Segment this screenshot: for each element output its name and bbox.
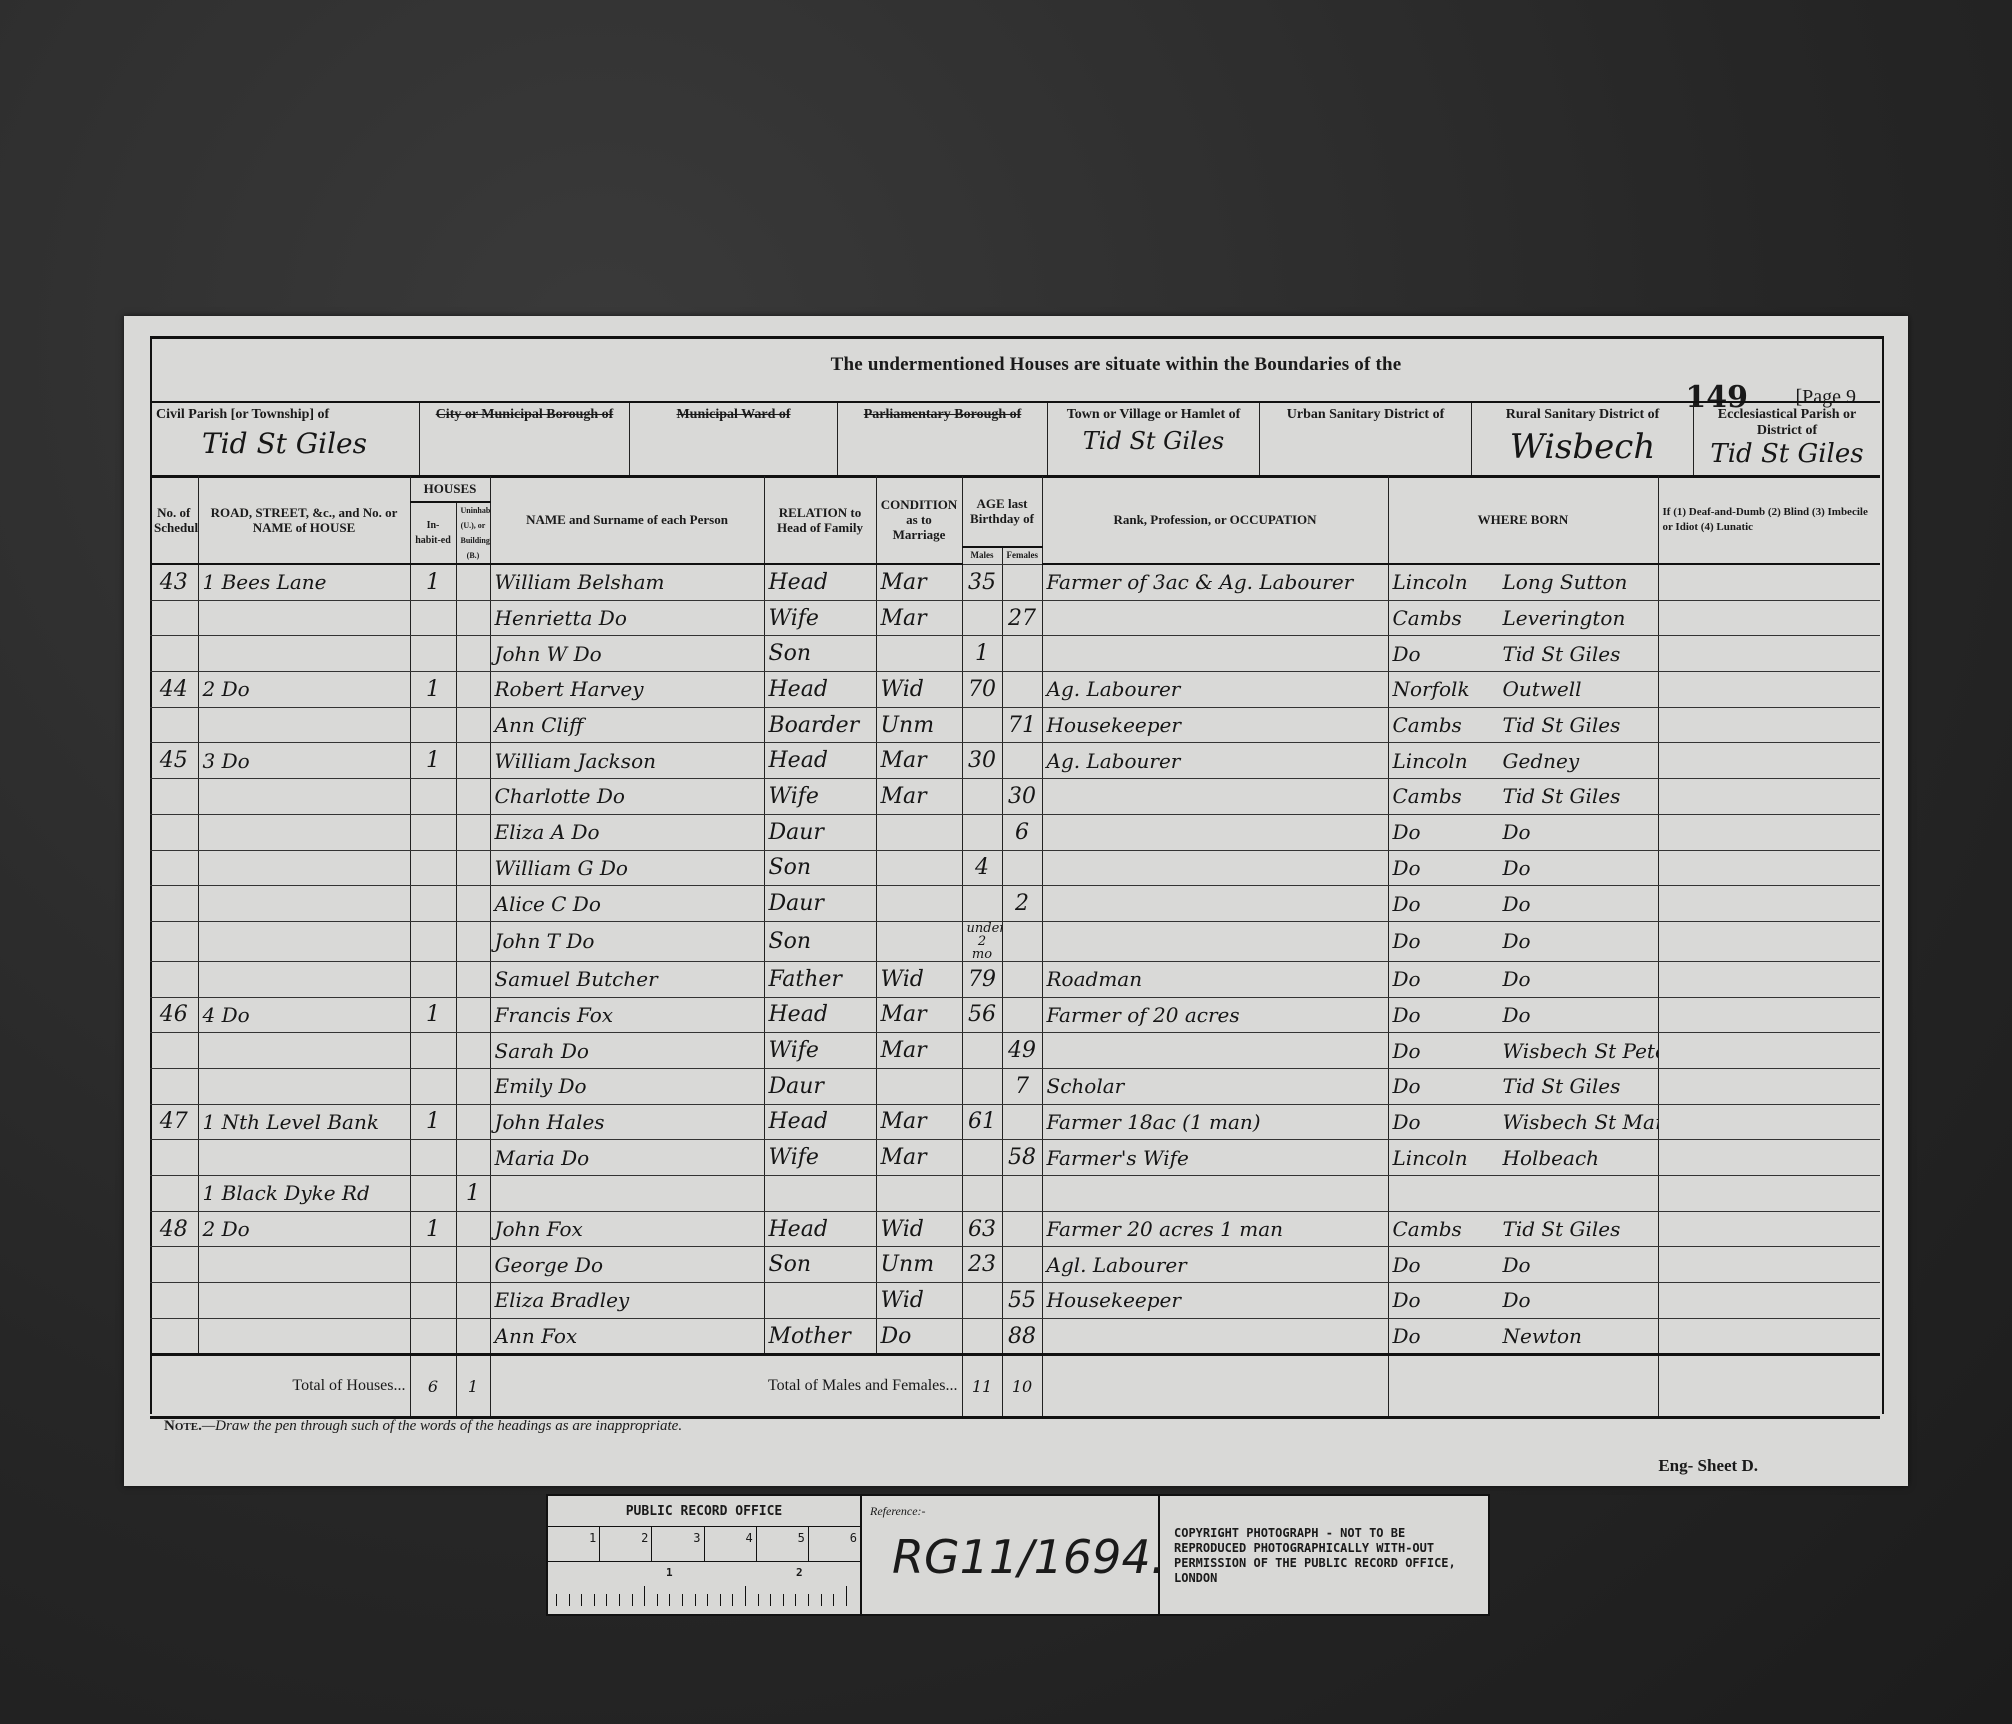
table-row: Samuel ButcherFatherWid79RoadmanDoDo	[150, 961, 1880, 997]
footnote-prefix: Note.	[164, 1418, 202, 1434]
born-county: Do	[1393, 1074, 1503, 1098]
schedule-cell	[150, 814, 198, 850]
table-row: George DoSonUnm23Agl. LabourerDoDo	[150, 1247, 1880, 1283]
where-born-cell: LincolnHolbeach	[1388, 1140, 1658, 1176]
occupation-cell	[1042, 886, 1388, 922]
col-road: ROAD, STREET, &c., and No. or NAME of HO…	[198, 476, 410, 564]
ruler-tick	[707, 1594, 708, 1606]
occupation-cell: Farmer 18ac (1 man)	[1042, 1104, 1388, 1140]
relation-cell: Wife	[764, 1140, 876, 1176]
infirmity-cell	[1658, 1140, 1880, 1176]
male-age-cell: 56	[962, 997, 1002, 1033]
municipal-borough-label: City or Municipal Borough of	[426, 407, 623, 423]
where-born-cell: LincolnGedney	[1388, 743, 1658, 779]
ruler-tick	[644, 1586, 645, 1606]
parliamentary-borough-label: Parliamentary Borough of	[844, 407, 1041, 423]
condition-cell	[876, 1176, 962, 1212]
occupation-cell	[1042, 1318, 1388, 1355]
road-cell	[198, 1283, 410, 1319]
where-born-cell: DoDo	[1388, 1283, 1658, 1319]
infirmity-cell	[1658, 961, 1880, 997]
uninhabited-cell	[456, 743, 490, 779]
occupation-cell: Ag. Labourer	[1042, 672, 1388, 708]
male-age-cell	[962, 1318, 1002, 1355]
name-cell: John Hales	[490, 1104, 764, 1140]
inhabited-cell	[410, 1283, 456, 1319]
condition-cell	[876, 850, 962, 886]
born-place: Holbeach	[1503, 1146, 1600, 1170]
female-age-cell	[1002, 1176, 1042, 1212]
ruler-mark: 1	[666, 1566, 673, 1579]
born-place: Do	[1503, 1003, 1531, 1027]
condition-cell: Do	[876, 1318, 962, 1355]
occupation-cell: Farmer of 3ac & Ag. Labourer	[1042, 564, 1388, 600]
inhabited-cell	[410, 1033, 456, 1069]
schedule-cell	[150, 1318, 198, 1355]
road-cell	[198, 1247, 410, 1283]
where-born-cell: DoNewton	[1388, 1318, 1658, 1355]
inhabited-cell	[410, 921, 456, 961]
male-age-cell	[962, 1068, 1002, 1104]
infirmity-cell	[1658, 850, 1880, 886]
condition-cell: Unm	[876, 1247, 962, 1283]
condition-cell: Mar	[876, 1033, 962, 1069]
male-age-cell	[962, 886, 1002, 922]
born-county: Do	[1393, 967, 1503, 991]
relation-cell: Head	[764, 672, 876, 708]
born-county: Do	[1393, 856, 1503, 880]
male-age-cell	[962, 779, 1002, 815]
ruler-tick	[808, 1594, 809, 1606]
occupation-cell	[1042, 636, 1388, 672]
female-age-cell: 7	[1002, 1068, 1042, 1104]
male-age-cell: 30	[962, 743, 1002, 779]
where-born-cell	[1388, 1176, 1658, 1212]
condition-cell: Mar	[876, 779, 962, 815]
inhabited-cell	[410, 1318, 456, 1355]
male-age-cell: 35	[962, 564, 1002, 600]
col-relation: RELATION to Head of Family	[764, 476, 876, 564]
ruler-tick	[758, 1594, 759, 1606]
infirmity-cell	[1658, 1033, 1880, 1069]
ruler-tick	[783, 1594, 784, 1606]
name-cell: Alice C Do	[490, 886, 764, 922]
inhabited-cell	[410, 886, 456, 922]
schedule-cell	[150, 886, 198, 922]
relation-cell: Son	[764, 850, 876, 886]
infirmity-cell	[1658, 672, 1880, 708]
footnote: Note.—Draw the pen through such of the w…	[164, 1418, 682, 1435]
rural-sanitary-box: Rural Sanitary District of Wisbech	[1472, 403, 1694, 475]
table-row: Charlotte DoWifeMar30CambsTid St Giles	[150, 779, 1880, 815]
uninhabited-cell	[456, 1068, 490, 1104]
col-females: Females	[1002, 547, 1042, 564]
scale-num: 2	[600, 1527, 652, 1561]
relation-cell: Daur	[764, 886, 876, 922]
born-county: Cambs	[1393, 606, 1503, 630]
name-cell: Francis Fox	[490, 997, 764, 1033]
condition-cell	[876, 636, 962, 672]
name-cell: William Jackson	[490, 743, 764, 779]
road-cell: 2 Do	[198, 672, 410, 708]
ruler-tick	[619, 1594, 620, 1606]
ruler: 1 2	[548, 1562, 860, 1612]
occupation-cell: Roadman	[1042, 961, 1388, 997]
ruler-tick	[745, 1586, 746, 1606]
male-age-cell	[962, 707, 1002, 743]
born-county: Do	[1393, 1253, 1503, 1277]
infirmity-cell	[1658, 707, 1880, 743]
where-born-cell: DoDo	[1388, 814, 1658, 850]
female-age-cell: 88	[1002, 1318, 1042, 1355]
reference-label: Reference:-	[870, 1504, 926, 1519]
inhabited-cell	[410, 600, 456, 636]
where-born-cell: LincolnLong Sutton	[1388, 564, 1658, 600]
born-place: Newton	[1503, 1324, 1582, 1348]
occupation-cell: Farmer 20 acres 1 man	[1042, 1211, 1388, 1247]
table-row: Ann FoxMotherDo88DoNewton	[150, 1318, 1880, 1355]
municipal-ward-box: Municipal Ward of	[630, 403, 838, 475]
civil-parish-value: Tid St Giles	[156, 427, 413, 460]
occupation-cell: Farmer of 20 acres	[1042, 997, 1388, 1033]
ruler-tick	[795, 1594, 796, 1606]
uninhabited-cell	[456, 600, 490, 636]
condition-cell: Unm	[876, 707, 962, 743]
relation-cell: Father	[764, 961, 876, 997]
parliamentary-borough-box: Parliamentary Borough of	[838, 403, 1048, 475]
name-cell: William G Do	[490, 850, 764, 886]
ruler-tick	[632, 1594, 633, 1606]
uninhabited-cell	[456, 1211, 490, 1247]
relation-cell: Head	[764, 564, 876, 600]
inhabited-cell	[410, 961, 456, 997]
ruler-tick	[770, 1594, 771, 1606]
female-age-cell	[1002, 997, 1042, 1033]
table-row: 482 Do1John FoxHeadWid63Farmer 20 acres …	[150, 1211, 1880, 1247]
table-row: 442 Do1Robert HarveyHeadWid70Ag. Laboure…	[150, 672, 1880, 708]
condition-cell: Mar	[876, 743, 962, 779]
uninhabited-cell	[456, 1033, 490, 1069]
where-born-cell: DoDo	[1388, 921, 1658, 961]
condition-cell: Mar	[876, 1104, 962, 1140]
schedule-cell: 44	[150, 672, 198, 708]
occupation-cell	[1042, 1176, 1388, 1212]
uninhabited-cell	[456, 814, 490, 850]
total-males: 11	[962, 1355, 1002, 1418]
schedule-cell	[150, 1283, 198, 1319]
infirmity-cell	[1658, 600, 1880, 636]
scale-num: 1	[548, 1527, 600, 1561]
table-row: Alice C DoDaur2DoDo	[150, 886, 1880, 922]
relation-cell: Head	[764, 997, 876, 1033]
ruler-tick	[720, 1594, 721, 1606]
condition-cell	[876, 921, 962, 961]
where-born-cell: DoDo	[1388, 886, 1658, 922]
col-males: Males	[962, 547, 1002, 564]
male-age-cell	[962, 814, 1002, 850]
village-label: Town or Village or Hamlet of	[1054, 407, 1253, 423]
census-table: No. of Schedule ROAD, STREET, &c., and N…	[150, 476, 1880, 1419]
male-age-cell: 70	[962, 672, 1002, 708]
female-age-cell: 2	[1002, 886, 1042, 922]
born-county: Lincoln	[1393, 749, 1503, 773]
infirmity-cell	[1658, 1068, 1880, 1104]
ruler-mark: 2	[796, 1566, 803, 1579]
relation-cell: Wife	[764, 600, 876, 636]
ruler-tick	[569, 1594, 570, 1606]
female-age-cell: 58	[1002, 1140, 1042, 1176]
road-cell	[198, 636, 410, 672]
uninhabited-cell	[456, 1104, 490, 1140]
born-place: Tid St Giles	[1503, 1074, 1621, 1098]
road-cell: 1 Black Dyke Rd	[198, 1176, 410, 1212]
uninhabited-cell	[456, 1140, 490, 1176]
condition-cell: Mar	[876, 600, 962, 636]
where-born-cell: DoTid St Giles	[1388, 1068, 1658, 1104]
infirmity-cell	[1658, 636, 1880, 672]
schedule-cell	[150, 850, 198, 886]
col-houses: HOUSES	[410, 476, 490, 502]
name-cell: Charlotte Do	[490, 779, 764, 815]
inhabited-cell	[410, 850, 456, 886]
condition-cell	[876, 814, 962, 850]
condition-cell: Mar	[876, 997, 962, 1033]
municipal-borough-box: City or Municipal Borough of	[420, 403, 630, 475]
male-age-cell: 63	[962, 1211, 1002, 1247]
occupation-cell	[1042, 600, 1388, 636]
where-born-cell: CambsTid St Giles	[1388, 779, 1658, 815]
inhabited-cell: 1	[410, 997, 456, 1033]
scale-num: 5	[757, 1527, 809, 1561]
urban-sanitary-label: Urban Sanitary District of	[1266, 407, 1465, 423]
uninhabited-cell	[456, 850, 490, 886]
relation-cell: Daur	[764, 814, 876, 850]
schedule-cell	[150, 921, 198, 961]
where-born-cell: CambsTid St Giles	[1388, 1211, 1658, 1247]
occupation-cell: Scholar	[1042, 1068, 1388, 1104]
born-county: Do	[1393, 1288, 1503, 1312]
name-cell: John T Do	[490, 921, 764, 961]
table-row: William G DoSon4DoDo	[150, 850, 1880, 886]
born-county: Do	[1393, 1039, 1503, 1063]
female-age-cell	[1002, 564, 1042, 600]
occupation-cell	[1042, 779, 1388, 815]
male-age-cell: 79	[962, 961, 1002, 997]
schedule-cell	[150, 707, 198, 743]
census-rows: 431 Bees Lane1William BelshamHeadMar35Fa…	[150, 564, 1880, 1355]
ecclesiastical-parish-value: Tid St Giles	[1700, 439, 1874, 469]
born-place: Gedney	[1503, 749, 1580, 773]
pro-scale-box: PUBLIC RECORD OFFICE 1 2 3 4 5 6 1 2	[548, 1496, 862, 1614]
born-place: Do	[1503, 1253, 1531, 1277]
col-born: WHERE BORN	[1388, 476, 1658, 564]
road-cell	[198, 1068, 410, 1104]
female-age-cell	[1002, 961, 1042, 997]
male-age-cell	[962, 1033, 1002, 1069]
civil-parish-box: Civil Parish [or Township] of Tid St Gil…	[150, 403, 420, 475]
occupation-cell: Agl. Labourer	[1042, 1247, 1388, 1283]
where-born-cell: CambsLeverington	[1388, 600, 1658, 636]
born-county: Cambs	[1393, 1217, 1503, 1241]
where-born-cell: DoDo	[1388, 997, 1658, 1033]
inhabited-cell	[410, 779, 456, 815]
road-cell: 1 Nth Level Bank	[198, 1104, 410, 1140]
ruler-tick	[657, 1594, 658, 1606]
table-row: Sarah DoWifeMar49DoWisbech St Peter	[150, 1033, 1880, 1069]
total-persons-label: Total of Males and Females...	[490, 1355, 962, 1418]
relation-cell: Daur	[764, 1068, 876, 1104]
schedule-cell	[150, 600, 198, 636]
relation-cell: Son	[764, 921, 876, 961]
condition-cell: Mar	[876, 1140, 962, 1176]
name-cell: Maria Do	[490, 1140, 764, 1176]
male-age-cell	[962, 1283, 1002, 1319]
schedule-cell	[150, 779, 198, 815]
road-cell	[198, 600, 410, 636]
road-cell: 1 Bees Lane	[198, 564, 410, 600]
female-age-cell	[1002, 850, 1042, 886]
ruler-tick	[594, 1594, 595, 1606]
name-cell: Robert Harvey	[490, 672, 764, 708]
born-place: Do	[1503, 967, 1531, 991]
condition-cell: Wid	[876, 1211, 962, 1247]
table-row: Ann CliffBoarderUnm71HousekeeperCambsTid…	[150, 707, 1880, 743]
born-place: Do	[1503, 892, 1531, 916]
road-cell	[198, 886, 410, 922]
table-row: Emily DoDaur7ScholarDoTid St Giles	[150, 1068, 1880, 1104]
born-place: Wisbech St Peter	[1503, 1039, 1659, 1063]
civil-parish-label: Civil Parish [or Township] of	[156, 407, 413, 423]
col-infirmity: If (1) Deaf-and-Dumb (2) Blind (3) Imbec…	[1658, 476, 1880, 564]
ruler-tick	[732, 1594, 733, 1606]
female-age-cell	[1002, 672, 1042, 708]
col-inhabited: In-habit-ed	[410, 502, 456, 564]
ruler-tick	[833, 1594, 834, 1606]
table-row: 1 Black Dyke Rd1	[150, 1176, 1880, 1212]
schedule-cell: 46	[150, 997, 198, 1033]
born-place: Wisbech St Mary	[1503, 1110, 1659, 1134]
born-place: Do	[1503, 929, 1531, 953]
uninhabited-cell	[456, 997, 490, 1033]
schedule-cell	[150, 961, 198, 997]
table-row: 471 Nth Level Bank1John HalesHeadMar61Fa…	[150, 1104, 1880, 1140]
relation-cell	[764, 1176, 876, 1212]
male-age-cell	[962, 1140, 1002, 1176]
table-row: 464 Do1Francis FoxHeadMar56Farmer of 20 …	[150, 997, 1880, 1033]
schedule-cell	[150, 1140, 198, 1176]
road-cell: 4 Do	[198, 997, 410, 1033]
name-cell: Ann Fox	[490, 1318, 764, 1355]
born-place: Tid St Giles	[1503, 713, 1621, 737]
ruler-tick	[846, 1586, 847, 1606]
schedule-cell	[150, 1068, 198, 1104]
col-schedule: No. of Schedule	[150, 476, 198, 564]
table-row: Maria DoWifeMar58Farmer's WifeLincolnHol…	[150, 1140, 1880, 1176]
born-place: Do	[1503, 820, 1531, 844]
infirmity-cell	[1658, 1176, 1880, 1212]
boundaries-header: Civil Parish [or Township] of Tid St Gil…	[150, 401, 1880, 478]
inhabited-cell: 1	[410, 1104, 456, 1140]
where-born-cell: NorfolkOutwell	[1388, 672, 1658, 708]
sheet-id: Eng- Sheet D.	[1658, 1456, 1758, 1476]
road-cell	[198, 921, 410, 961]
census-sheet: The undermentioned Houses are situate wi…	[124, 316, 1908, 1486]
road-cell	[198, 1033, 410, 1069]
urban-sanitary-box: Urban Sanitary District of	[1260, 403, 1472, 475]
inhabited-cell	[410, 814, 456, 850]
ruler-tick	[695, 1594, 696, 1606]
where-born-cell: DoDo	[1388, 850, 1658, 886]
male-age-cell: 23	[962, 1247, 1002, 1283]
male-age-cell: 4	[962, 850, 1002, 886]
road-cell	[198, 1140, 410, 1176]
uninhabited-cell	[456, 961, 490, 997]
schedule-cell	[150, 1247, 198, 1283]
uninhabited-cell	[456, 564, 490, 600]
total-females: 10	[1002, 1355, 1042, 1418]
col-name: NAME and Surname of each Person	[490, 476, 764, 564]
born-county: Lincoln	[1393, 1146, 1503, 1170]
name-cell: Emily Do	[490, 1068, 764, 1104]
ruler-tick	[821, 1594, 822, 1606]
uninhabited-cell	[456, 886, 490, 922]
public-record-office-strip: PUBLIC RECORD OFFICE 1 2 3 4 5 6 1 2 Ref…	[546, 1494, 1490, 1616]
inhabited-cell	[410, 1247, 456, 1283]
relation-cell: Son	[764, 1247, 876, 1283]
name-cell: George Do	[490, 1247, 764, 1283]
village-box: Town or Village or Hamlet of Tid St Gile…	[1048, 403, 1260, 475]
scale-num: 6	[809, 1527, 860, 1561]
born-county: Do	[1393, 820, 1503, 844]
relation-cell: Son	[764, 636, 876, 672]
female-age-cell: 55	[1002, 1283, 1042, 1319]
road-cell	[198, 850, 410, 886]
pro-number-scale: 1 2 3 4 5 6	[548, 1527, 860, 1562]
occupation-cell: Housekeeper	[1042, 707, 1388, 743]
col-age: AGE last Birthday of	[962, 476, 1042, 547]
born-county: Do	[1393, 929, 1503, 953]
relation-cell: Head	[764, 1104, 876, 1140]
female-age-cell: 6	[1002, 814, 1042, 850]
ecclesiastical-parish-box: Ecclesiastical Parish or District of Tid…	[1694, 403, 1880, 475]
born-place: Tid St Giles	[1503, 1217, 1621, 1241]
infirmity-cell	[1658, 814, 1880, 850]
occupation-cell: Farmer's Wife	[1042, 1140, 1388, 1176]
born-county: Lincoln	[1393, 570, 1503, 594]
infirmity-cell	[1658, 886, 1880, 922]
relation-cell	[764, 1283, 876, 1319]
name-cell	[490, 1176, 764, 1212]
schedule-cell	[150, 1176, 198, 1212]
table-row: John T DoSonunder 2 moDoDo	[150, 921, 1880, 961]
inhabited-cell	[410, 1140, 456, 1176]
scale-num: 4	[705, 1527, 757, 1561]
inhabited-cell: 1	[410, 1211, 456, 1247]
table-row: 453 Do1William JacksonHeadMar30Ag. Labou…	[150, 743, 1880, 779]
infirmity-cell	[1658, 1318, 1880, 1355]
born-county: Norfolk	[1393, 677, 1503, 701]
where-born-cell: DoWisbech St Mary	[1388, 1104, 1658, 1140]
col-uninhabited: Uninhabited (U.), or Building (B.)	[456, 502, 490, 564]
uninhabited-cell	[456, 636, 490, 672]
inhabited-cell: 1	[410, 743, 456, 779]
name-cell: Ann Cliff	[490, 707, 764, 743]
schedule-cell: 43	[150, 564, 198, 600]
uninhabited-cell	[456, 921, 490, 961]
schedule-cell: 47	[150, 1104, 198, 1140]
female-age-cell	[1002, 1104, 1042, 1140]
col-condition: CONDITION as to Marriage	[876, 476, 962, 564]
